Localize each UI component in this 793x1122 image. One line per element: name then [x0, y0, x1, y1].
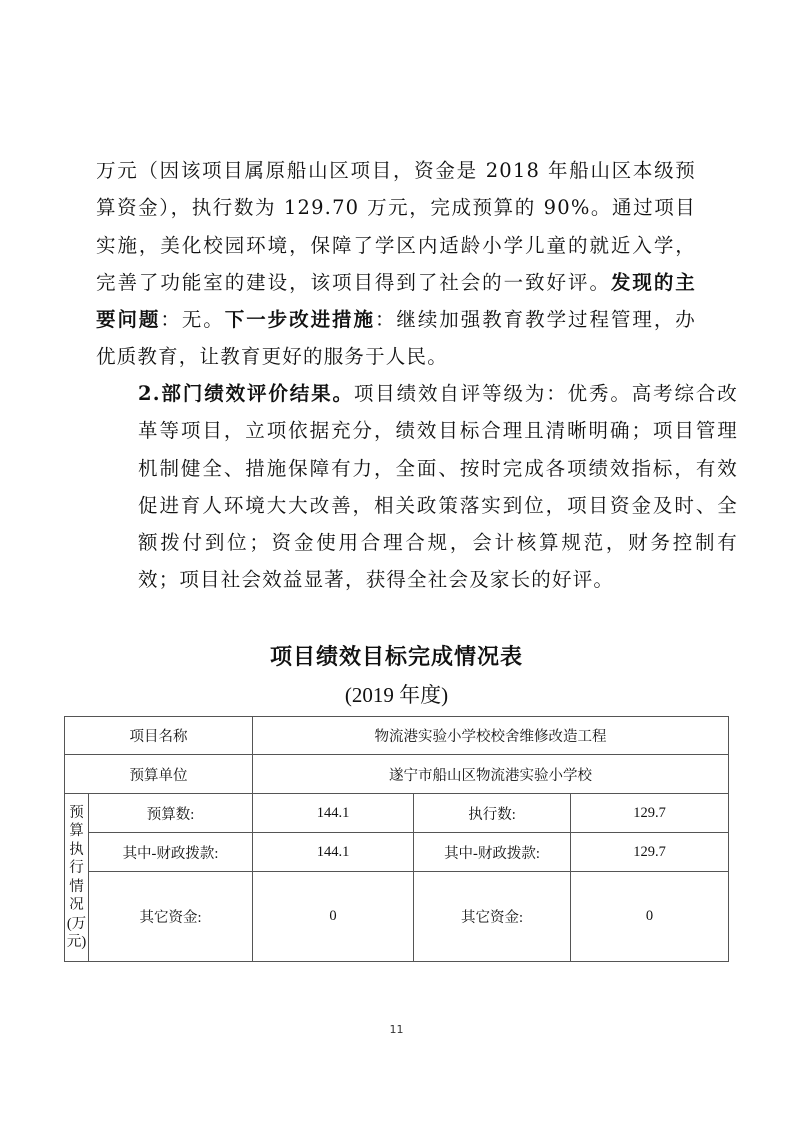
page-number: 11	[0, 1023, 793, 1036]
vlabel-char: 执	[69, 842, 84, 858]
fiscal-allocation-value: 144.1	[253, 833, 414, 872]
vlabel-char: (万	[67, 916, 86, 932]
fiscal-allocation-label: 其中-财政拨款:	[89, 833, 253, 872]
vlabel-char: 况	[69, 897, 84, 913]
table-subtitle-year: (2019 年度)	[0, 679, 793, 709]
executed-total-value: 129.7	[571, 794, 729, 833]
executed-fiscal-allocation-value: 129.7	[571, 833, 729, 872]
vlabel-char: 元)	[67, 934, 86, 950]
other-funds-label: 其它资金:	[89, 872, 253, 962]
table-row-budget-total: 预 算 执 行 情 况 (万 元) 预算数: 144.1 执行数: 129.7	[65, 794, 729, 833]
vlabel-char: 算	[69, 823, 84, 839]
performance-target-table: 项目名称 物流港实验小学校校舍维修改造工程 预算单位 遂宁市船山区物流港实验小学…	[64, 716, 729, 962]
vlabel-char: 情	[69, 879, 84, 895]
executed-total-label: 执行数:	[414, 794, 571, 833]
budget-execution-group-label: 预 算 执 行 情 况 (万 元)	[65, 794, 89, 962]
vlabel-char: 行	[69, 860, 84, 876]
table-title: 项目绩效目标完成情况表	[0, 640, 793, 671]
executed-other-funds-value: 0	[571, 872, 729, 962]
other-funds-value: 0	[253, 872, 414, 962]
budget-unit-value: 遂宁市船山区物流港实验小学校	[253, 755, 729, 794]
paragraph-project-summary: 万元（因该项目属原船山区项目，资金是 2018 年船山区本级预算资金），执行数为…	[96, 152, 696, 376]
department-evaluation-text: 项目绩效自评等级为：优秀。高考综合改革等项目，立项依据充分，绩效目标合理且清晰明…	[138, 382, 738, 591]
table-row-fiscal-allocation: 其中-财政拨款: 144.1 其中-财政拨款: 129.7	[65, 833, 729, 872]
table-row-other-funds: 其它资金: 0 其它资金: 0	[65, 872, 729, 962]
department-evaluation-heading: 2.部门绩效评价结果。	[138, 382, 354, 405]
main-problems-text: ：无。	[160, 308, 224, 331]
project-name-value: 物流港实验小学校校舍维修改造工程	[253, 717, 729, 755]
vlabel-char: 预	[69, 805, 84, 821]
budget-total-value: 144.1	[253, 794, 414, 833]
executed-other-funds-label: 其它资金:	[414, 872, 571, 962]
improvement-measures-heading: 下一步改进措施	[225, 308, 375, 331]
table-row-budget-unit: 预算单位 遂宁市船山区物流港实验小学校	[65, 755, 729, 794]
table-row-project-name: 项目名称 物流港实验小学校校舍维修改造工程	[65, 717, 729, 755]
summary-text: 万元（因该项目属原船山区项目，资金是 2018 年船山区本级预算资金），执行数为…	[96, 159, 696, 294]
budget-total-label: 预算数:	[89, 794, 253, 833]
executed-fiscal-allocation-label: 其中-财政拨款:	[414, 833, 571, 872]
project-name-label: 项目名称	[65, 717, 253, 755]
budget-unit-label: 预算单位	[65, 755, 253, 794]
paragraph-department-evaluation: 2.部门绩效评价结果。项目绩效自评等级为：优秀。高考综合改革等项目，立项依据充分…	[96, 375, 738, 599]
